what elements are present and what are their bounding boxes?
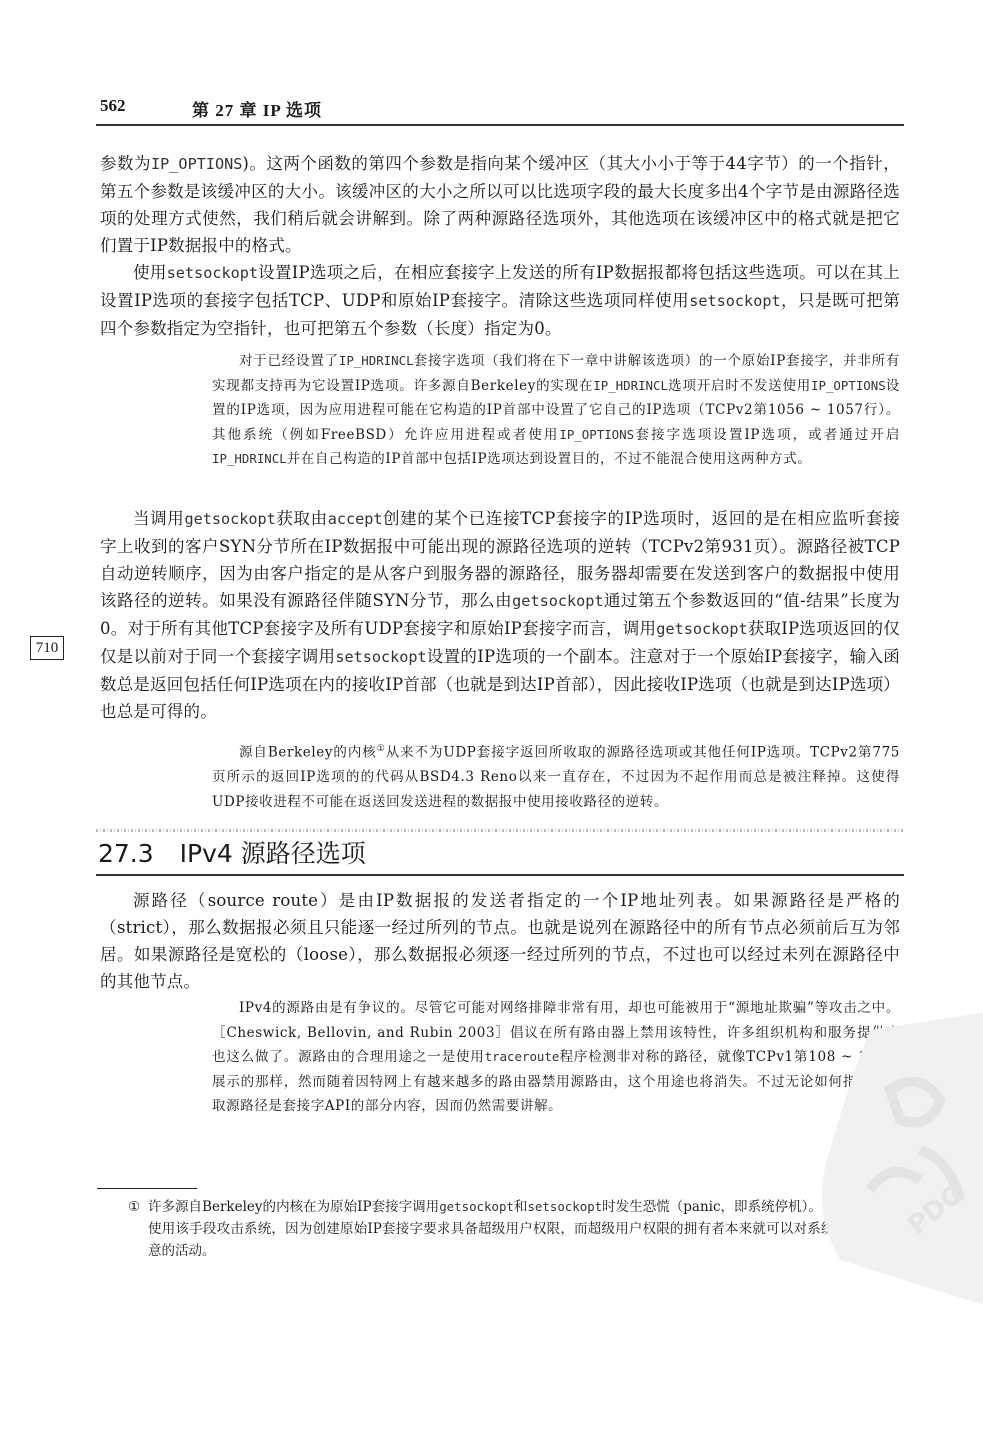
- code-accept: accept: [328, 510, 383, 528]
- page-number: 562: [100, 96, 126, 116]
- text: 当调用: [133, 509, 184, 528]
- footnote-marker: ①: [128, 1196, 140, 1218]
- code-getsockopt: getsockopt: [656, 620, 747, 638]
- code-ip-hdrincl: IP_HDRINCL: [593, 378, 668, 393]
- text: 和: [514, 1199, 528, 1215]
- paragraph-setsockopt: 使用setsockopt设置IP选项之后，在相应套接字上发送的所有IP数据报都将…: [100, 259, 900, 342]
- section-number: 27.3: [98, 839, 154, 868]
- book-page: 562 第 27 章 IP 选项 参数为IP_OPTIONS)。这两个函数的第四…: [0, 0, 983, 1447]
- text: 源自Berkeley的内核: [239, 745, 377, 761]
- code-ip-options: IP_OPTIONS: [559, 427, 634, 442]
- text: 使用: [133, 263, 167, 282]
- code-getsockopt: getsockopt: [512, 592, 603, 610]
- code-setsockopt: setsockopt: [167, 264, 258, 282]
- watermark-text: PDG: [902, 1179, 969, 1241]
- section-rule: [96, 874, 904, 876]
- text: 选项开启时不发送使用: [668, 378, 811, 394]
- note-berkeley-udp: 源自Berkeley的内核①从来不为UDP套接字返回所收取的源路径选项或其他任何…: [212, 737, 900, 814]
- code-getsockopt: getsockopt: [439, 1199, 514, 1214]
- footnote-rule: [97, 1188, 197, 1189]
- note-ip-hdrincl: 对于已经设置了IP_HDRINCL套接字选项（我们将在下一章中讲解该选项）的一个…: [212, 349, 900, 472]
- paragraph-getsockopt: 当调用getsockopt获取由accept创建的某个已连接TCP套接字的IP选…: [100, 505, 900, 725]
- running-header: 562 第 27 章 IP 选项: [100, 96, 900, 124]
- text: 获取由: [276, 509, 328, 528]
- code-setsockopt: setsockopt: [527, 1199, 602, 1214]
- code-ip-hdrincl: IP_HDRINCL: [212, 451, 287, 466]
- section-heading: 27.3IPv4 源路径选项: [98, 836, 366, 872]
- chapter-title: 第 27 章 IP 选项: [192, 96, 322, 121]
- footnote-reference[interactable]: ①: [377, 744, 386, 754]
- header-rule: [96, 124, 904, 126]
- section-separator: [96, 829, 904, 832]
- code-ip-hdrincl: IP_HDRINCL: [339, 353, 414, 368]
- paragraph-ip-options-buffer: 参数为IP_OPTIONS)。这两个函数的第四个参数是指向某个缓冲区（其大小小于…: [100, 150, 900, 259]
- section-title-text: IPv4 源路径选项: [180, 839, 366, 868]
- code-setsockopt: setsockopt: [689, 292, 780, 310]
- text: 许多源自Berkeley的内核在为原始IP套接字调用: [148, 1199, 439, 1215]
- note-source-routing-controversy: IPv4的源路由是有争议的。尽管它可能对网络排障非常有用，却也可能被用于“源地址…: [212, 996, 900, 1119]
- text: 对于已经设置了: [239, 353, 339, 369]
- footnote: ①许多源自Berkeley的内核在为原始IP套接字调用getsockopt和se…: [148, 1196, 903, 1262]
- margin-page-reference: 710: [30, 636, 64, 660]
- text: 并在自己构造的IP首部中包括IP选项达到设置目的，不过不能混合使用这两种方式。: [287, 451, 812, 467]
- code-setsockopt: setsockopt: [335, 648, 426, 666]
- code-getsockopt: getsockopt: [184, 510, 275, 528]
- code-ip-options: IP_OPTIONS: [811, 378, 886, 393]
- paragraph-source-route: 源路径（source route）是由IP数据报的发送者指定的一个IP地址列表。…: [100, 887, 900, 995]
- text: 参数为: [100, 154, 151, 173]
- code-traceroute: traceroute: [485, 1049, 560, 1064]
- text: 套接字选项设置IP选项，或者通过开启: [634, 427, 900, 443]
- code-ip-options: IP_OPTIONS: [151, 155, 242, 173]
